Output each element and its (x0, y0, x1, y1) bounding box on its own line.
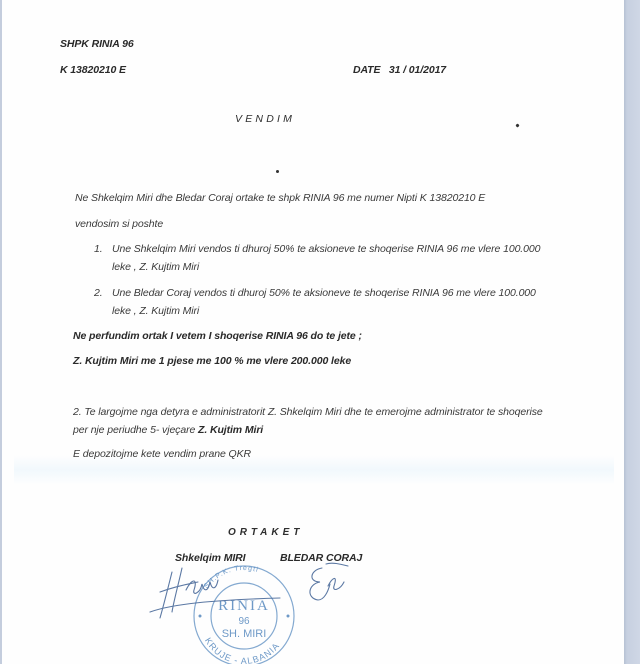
date-label: DATE (353, 64, 380, 76)
result-line: Z. Kujtim Miri me 1 pjese me 100 % me vl… (73, 355, 351, 367)
viewer-frame-right (624, 0, 640, 664)
company-nipt: K 13820210 E (60, 64, 126, 76)
list-item-number: 1. (94, 243, 103, 255)
partner-one-signature (142, 560, 282, 630)
scan-speck (515, 123, 519, 127)
date-value: 31 / 01/2017 (389, 64, 446, 76)
document-title: VENDIM (235, 113, 295, 125)
list-item-text: Une Bledar Coraj vendos ti dhuroj 50% te… (112, 287, 536, 299)
svg-text:KRUJE - ALBANIA: KRUJE - ALBANIA (203, 636, 282, 664)
decide-line: vendosim si poshte (75, 218, 163, 230)
list-item-text: Une Shkelqim Miri vendos ti dhuroj 50% t… (112, 243, 540, 255)
list-item-text-cont: leke , Z. Kujtim Miri (112, 305, 199, 317)
company-name: SHPK RINIA 96 (60, 38, 134, 50)
scan-speck (276, 170, 279, 173)
deposit-line: E depozitojme kete vendim prane QKR (73, 448, 251, 460)
partners-heading: ORTAKET (228, 527, 303, 538)
list-item-number: 2. (94, 287, 103, 299)
point-two-line1: 2. Te largojme nga detyra e administrato… (73, 406, 543, 418)
new-administrator-name: Z. Kujtim Miri (198, 424, 263, 436)
date-field: DATE 31 / 01/2017 (353, 64, 446, 76)
partner-two-signature (292, 560, 352, 610)
intro-paragraph: Ne Shkelqim Miri dhe Bledar Coraj ortake… (75, 192, 485, 204)
point-two-text: per nje periudhe 5- vjeçare (73, 424, 198, 436)
list-item-text-cont: leke , Z. Kujtim Miri (112, 261, 199, 273)
document-page: SHPK RINIA 96 K 13820210 E DATE 31 / 01/… (2, 0, 624, 664)
conclusion-line: Ne perfundim ortak I vetem I shoqerise R… (73, 330, 362, 342)
point-two-line2: per nje periudhe 5- vjeçare Z. Kujtim Mi… (73, 424, 263, 436)
